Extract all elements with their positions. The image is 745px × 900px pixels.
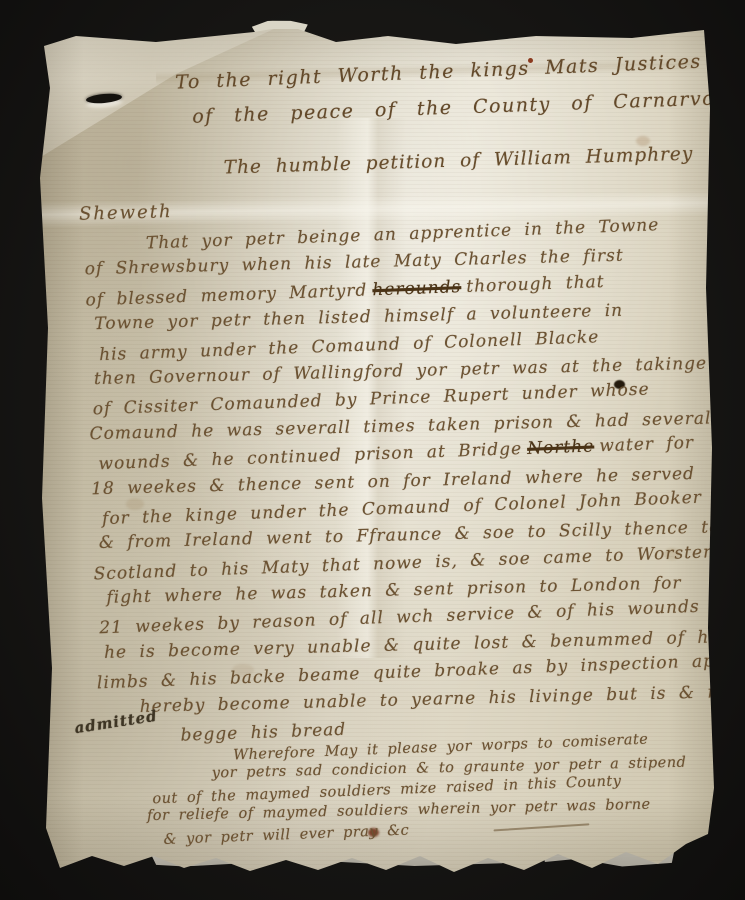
body-line-segment: water for [599, 433, 694, 456]
petition-body: That yor petr beinge an apprentice in th… [84, 215, 715, 753]
photo-background: To the right Worth the kings Mats Justic… [0, 0, 745, 900]
salutation: Sheweth [79, 201, 173, 225]
struck-out-word: herounds [372, 277, 462, 300]
struck-out-word: Northe [527, 437, 595, 459]
address-line-1: To the right Worth the kings Mats Justic… [175, 51, 702, 94]
address-line-2: of the peace of the County of Carnarvon [192, 87, 729, 128]
petition-title: The humble petition of William Humphrey [223, 144, 693, 179]
manuscript-page: To the right Worth the kings Mats Justic… [36, 28, 716, 873]
handwriting-layer: To the right Worth the kings Mats Justic… [24, 9, 729, 874]
body-line-segment: thorough that [466, 272, 605, 297]
petition-prayer: Wherefore May it please yor worps to com… [145, 731, 708, 850]
